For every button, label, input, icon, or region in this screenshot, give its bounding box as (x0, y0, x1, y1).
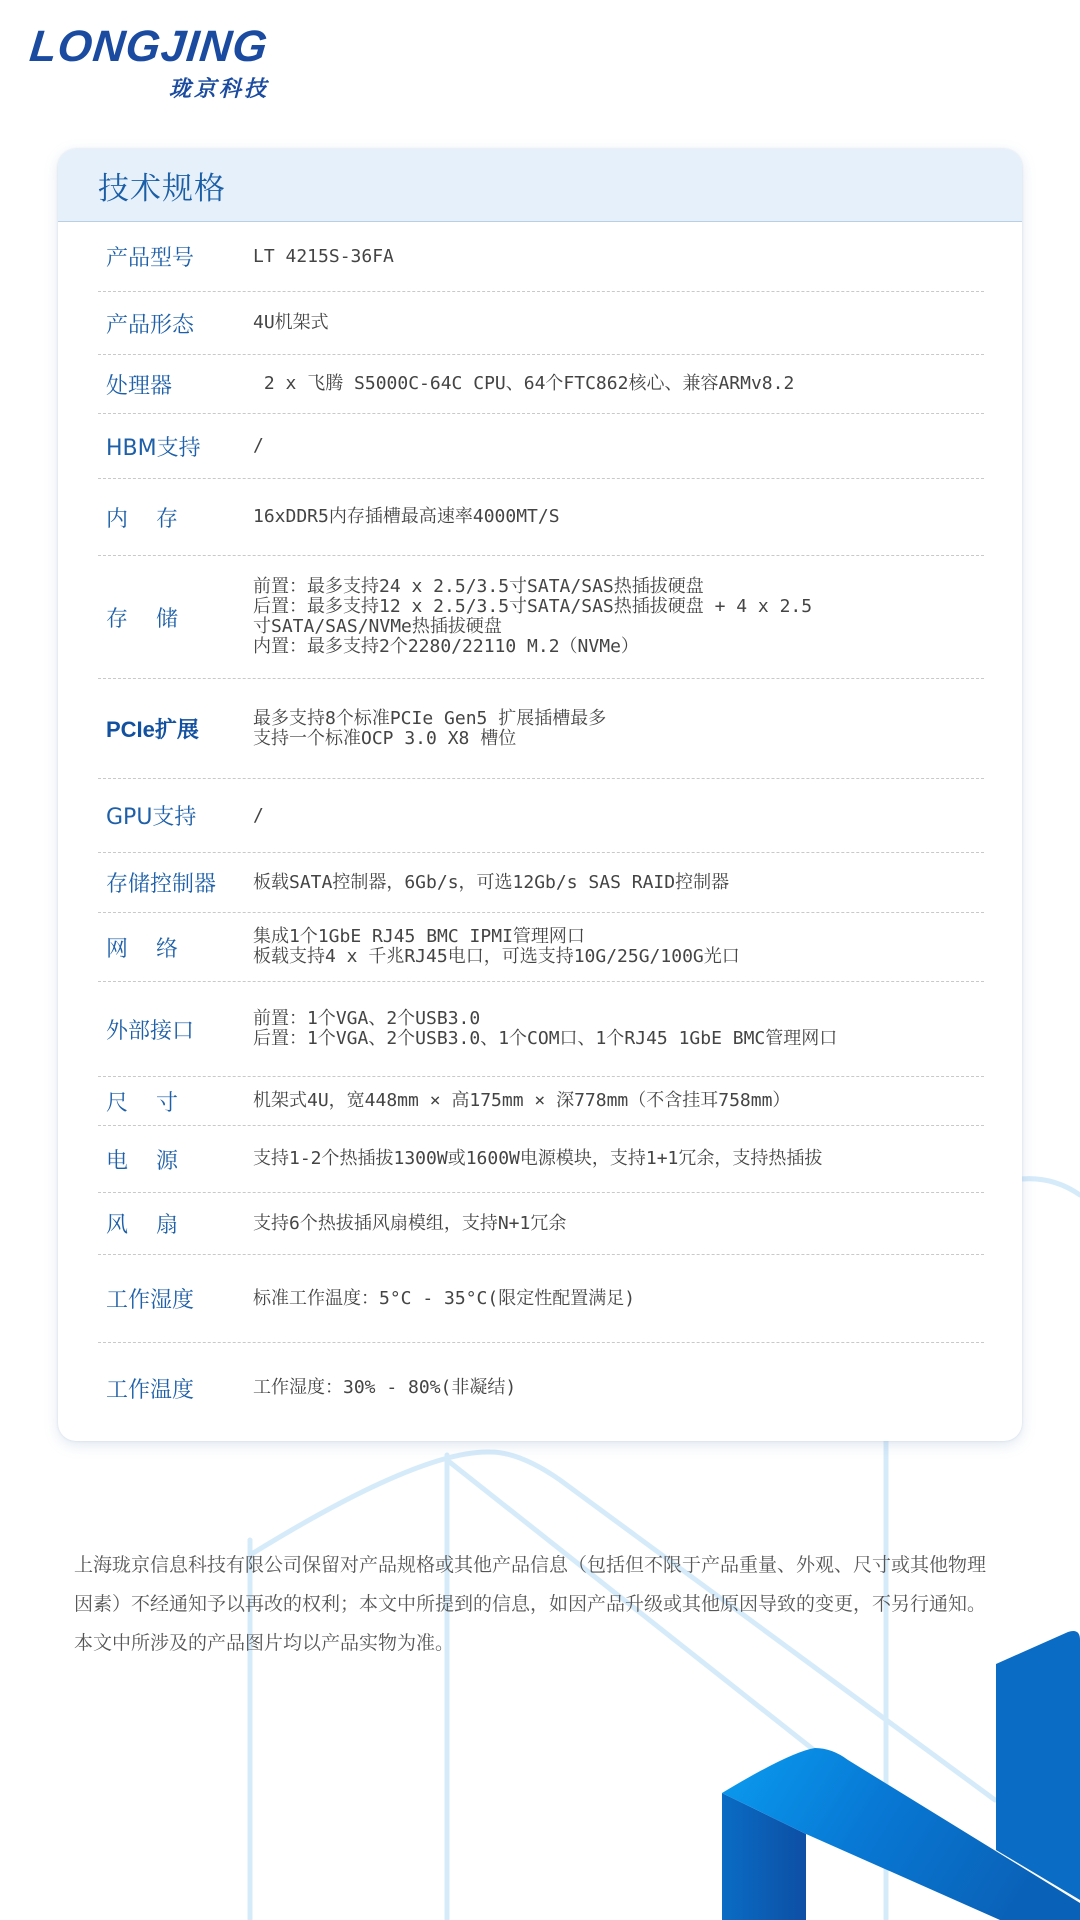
spec-list: 产品型号 LT 4215S-36FA 产品形态 4U机架式 处理器 2 x 飞腾… (98, 222, 984, 1433)
spec-label: 电 源 (98, 1144, 253, 1175)
spec-row-power: 电 源 支持1-2个热插拔1300W或1600W电源模块，支持1+1冗余，支持热… (98, 1126, 984, 1193)
spec-row-memory: 内 存 16xDDR5内存插槽最高速率4000MT/S (98, 479, 984, 556)
spec-value: / (253, 806, 984, 826)
spec-label: 存储控制器 (98, 867, 253, 898)
spec-value: 机架式4U，宽448mm × 高175mm × 深778mm（不含挂耳758mm… (253, 1091, 984, 1111)
spec-label: 内 存 (98, 502, 253, 533)
spec-label: 处理器 (98, 369, 253, 400)
spec-label: 产品形态 (98, 308, 253, 339)
spec-label: 产品型号 (98, 241, 253, 272)
spec-label: 尺 寸 (98, 1086, 253, 1117)
logo-brand-en: LONGJING (28, 24, 271, 70)
spec-label: 外部接口 (98, 1014, 253, 1045)
spec-card: 技术规格 产品型号 LT 4215S-36FA 产品形态 4U机架式 处理器 2… (58, 149, 1022, 1441)
spec-label: 网 络 (98, 932, 253, 963)
spec-value: 标准工作温度：5°C - 35°C(限定性配置满足) (253, 1289, 984, 1309)
spec-label: 风 扇 (98, 1208, 253, 1239)
spec-label: 工作湿度 (98, 1283, 253, 1314)
spec-value: 工作湿度：30% - 80%(非凝结) (253, 1378, 984, 1398)
logo-brand-cn: 珑京科技 (169, 72, 269, 103)
spec-label: PCIe扩展 (98, 713, 253, 744)
spec-label: GPU支持 (98, 800, 253, 831)
spec-label: 工作温度 (98, 1373, 253, 1404)
spec-value: / (253, 436, 984, 456)
spec-row-processor: 处理器 2 x 飞腾 S5000C-64C CPU、64个FTC862核心、兼容… (98, 355, 984, 414)
spec-value: 板载SATA控制器，6Gb/s，可选12Gb/s SAS RAID控制器 (253, 873, 984, 893)
spec-row-network: 网 络 集成1个1GbE RJ45 BMC IPMI管理网口 板载支持4 x 千… (98, 913, 984, 982)
spec-value: 前置：1个VGA、2个USB3.0 后置：1个VGA、2个USB3.0、1个CO… (253, 1009, 984, 1049)
spec-row-dimensions: 尺 寸 机架式4U，宽448mm × 高175mm × 深778mm（不含挂耳7… (98, 1077, 984, 1126)
spec-row-pcie: PCIe扩展 最多支持8个标准PCIe Gen5 扩展插槽最多 支持一个标准OC… (98, 679, 984, 779)
spec-row-model: 产品型号 LT 4215S-36FA (98, 222, 984, 292)
spec-value: 支持1-2个热插拔1300W或1600W电源模块，支持1+1冗余，支持热插拔 (253, 1149, 984, 1169)
spec-label: HBM支持 (98, 431, 253, 462)
spec-value: 前置：最多支持24 x 2.5/3.5寸SATA/SAS热插拔硬盘 后置：最多支… (253, 577, 984, 657)
spec-row-operating-humidity: 工作温度 工作湿度：30% - 80%(非凝结) (98, 1343, 984, 1433)
spec-value: LT 4215S-36FA (253, 247, 984, 267)
company-logo: LONGJING 珑京科技 (30, 24, 290, 104)
spec-value: 2 x 飞腾 S5000C-64C CPU、64个FTC862核心、兼容ARMv… (253, 374, 984, 394)
spec-row-operating-temperature: 工作湿度 标准工作温度：5°C - 35°C(限定性配置满足) (98, 1255, 984, 1343)
spec-value: 16xDDR5内存插槽最高速率4000MT/S (253, 507, 984, 527)
spec-value: 最多支持8个标准PCIe Gen5 扩展插槽最多 支持一个标准OCP 3.0 X… (253, 709, 984, 749)
spec-value: 支持6个热拔插风扇模组，支持N+1冗余 (253, 1214, 984, 1234)
spec-row-hbm: HBM支持 / (98, 414, 984, 479)
spec-label: 存 储 (98, 602, 253, 633)
spec-row-storage: 存 储 前置：最多支持24 x 2.5/3.5寸SATA/SAS热插拔硬盘 后置… (98, 556, 984, 679)
spec-row-storage-controller: 存储控制器 板载SATA控制器，6Gb/s，可选12Gb/s SAS RAID控… (98, 853, 984, 913)
spec-value: 4U机架式 (253, 313, 984, 333)
spec-value: 集成1个1GbE RJ45 BMC IPMI管理网口 板载支持4 x 千兆RJ4… (253, 927, 984, 967)
spec-row-form-factor: 产品形态 4U机架式 (98, 292, 984, 355)
spec-row-gpu: GPU支持 / (98, 779, 984, 853)
spec-card-title: 技术规格 (98, 163, 226, 208)
spec-card-header: 技术规格 (58, 149, 1022, 222)
spec-row-external-ports: 外部接口 前置：1个VGA、2个USB3.0 后置：1个VGA、2个USB3.0… (98, 982, 984, 1077)
spec-row-fan: 风 扇 支持6个热拔插风扇模组，支持N+1冗余 (98, 1193, 984, 1255)
disclaimer-text: 上海珑京信息科技有限公司保留对产品规格或其他产品信息（包括但不限于产品重量、外观… (74, 1546, 1004, 1663)
